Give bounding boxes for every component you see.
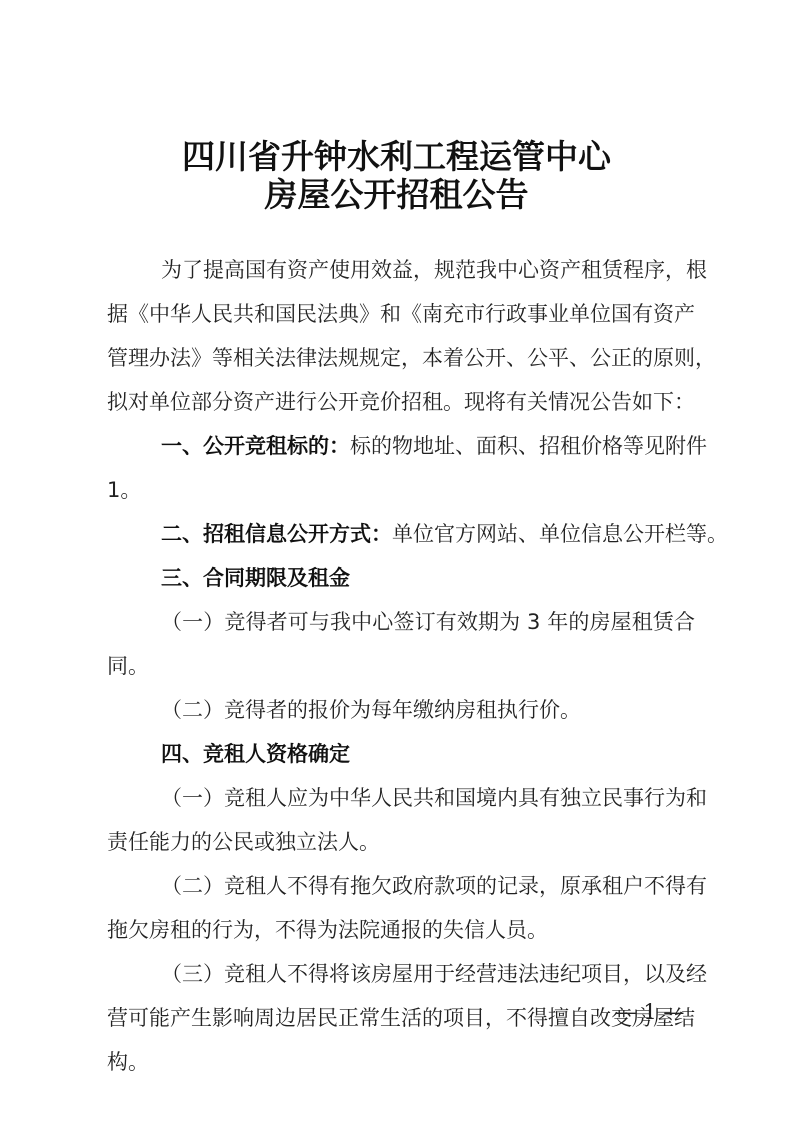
section-4-heading: 四、竞租人资格确定 <box>107 740 695 768</box>
section-3-item-1: （一）竞得者可与我中心签订有效期为 3 年的房屋租赁合 <box>107 608 695 636</box>
section-3-heading: 三、合同期限及租金 <box>107 564 695 592</box>
intro-paragraph-line: 管理办法》等相关法律法规规定，本着公开、公平、公正的原则， <box>107 344 695 372</box>
section-1-heading: 一、公开竞租标的： <box>161 434 350 458</box>
section-4-item-3: （三）竞租人不得将该房屋用于经营违法违纪项目，以及经 <box>107 960 695 988</box>
section-2-line: 二、招租信息公开方式：单位官方网站、单位信息公开栏等。 <box>107 520 695 548</box>
section-4-item-2: （二）竞租人不得有拖欠政府款项的记录，原承租户不得有 <box>107 872 695 900</box>
section-2-heading: 二、招租信息公开方式： <box>161 522 392 546</box>
document-title-line-1: 四川省升钟水利工程运管中心 <box>0 137 793 177</box>
intro-paragraph-line: 拟对单位部分资产进行公开竞价招租。现将有关情况公告如下： <box>107 388 695 416</box>
section-1-line: 一、公开竞租标的：标的物地址、面积、招租价格等见附件 <box>107 432 695 460</box>
document-title-line-2: 房屋公开招租公告 <box>0 175 793 215</box>
section-3-item-1-continuation: 同。 <box>107 652 695 680</box>
section-3-item-2: （二）竞得者的报价为每年缴纳房租执行价。 <box>107 696 695 724</box>
section-2-text: 单位官方网站、单位信息公开栏等。 <box>392 522 728 546</box>
section-4-item-3-end: 构。 <box>107 1048 695 1076</box>
section-4-item-1: （一）竞租人应为中华人民共和国境内具有独立民事行为和 <box>107 784 695 812</box>
intro-paragraph-line: 据《中华人民共和国民法典》和《南充市行政事业单位国有资产 <box>107 300 695 328</box>
section-1-text: 标的物地址、面积、招租价格等见附件 <box>350 434 707 458</box>
section-1-continuation: 1。 <box>107 476 695 504</box>
section-4-item-1-continuation: 责任能力的公民或独立法人。 <box>107 828 695 856</box>
section-4-item-3-continuation: 营可能产生影响周边居民正常生活的项目，不得擅自改变房屋结 <box>107 1004 695 1032</box>
page-number: — 1 — <box>610 998 690 1026</box>
document-page: 四川省升钟水利工程运管中心 房屋公开招租公告 为了提高国有资产使用效益，规范我中… <box>0 0 793 1122</box>
section-4-item-2-continuation: 拖欠房租的行为，不得为法院通报的失信人员。 <box>107 916 695 944</box>
intro-paragraph-line: 为了提高国有资产使用效益，规范我中心资产租赁程序，根 <box>107 256 695 284</box>
